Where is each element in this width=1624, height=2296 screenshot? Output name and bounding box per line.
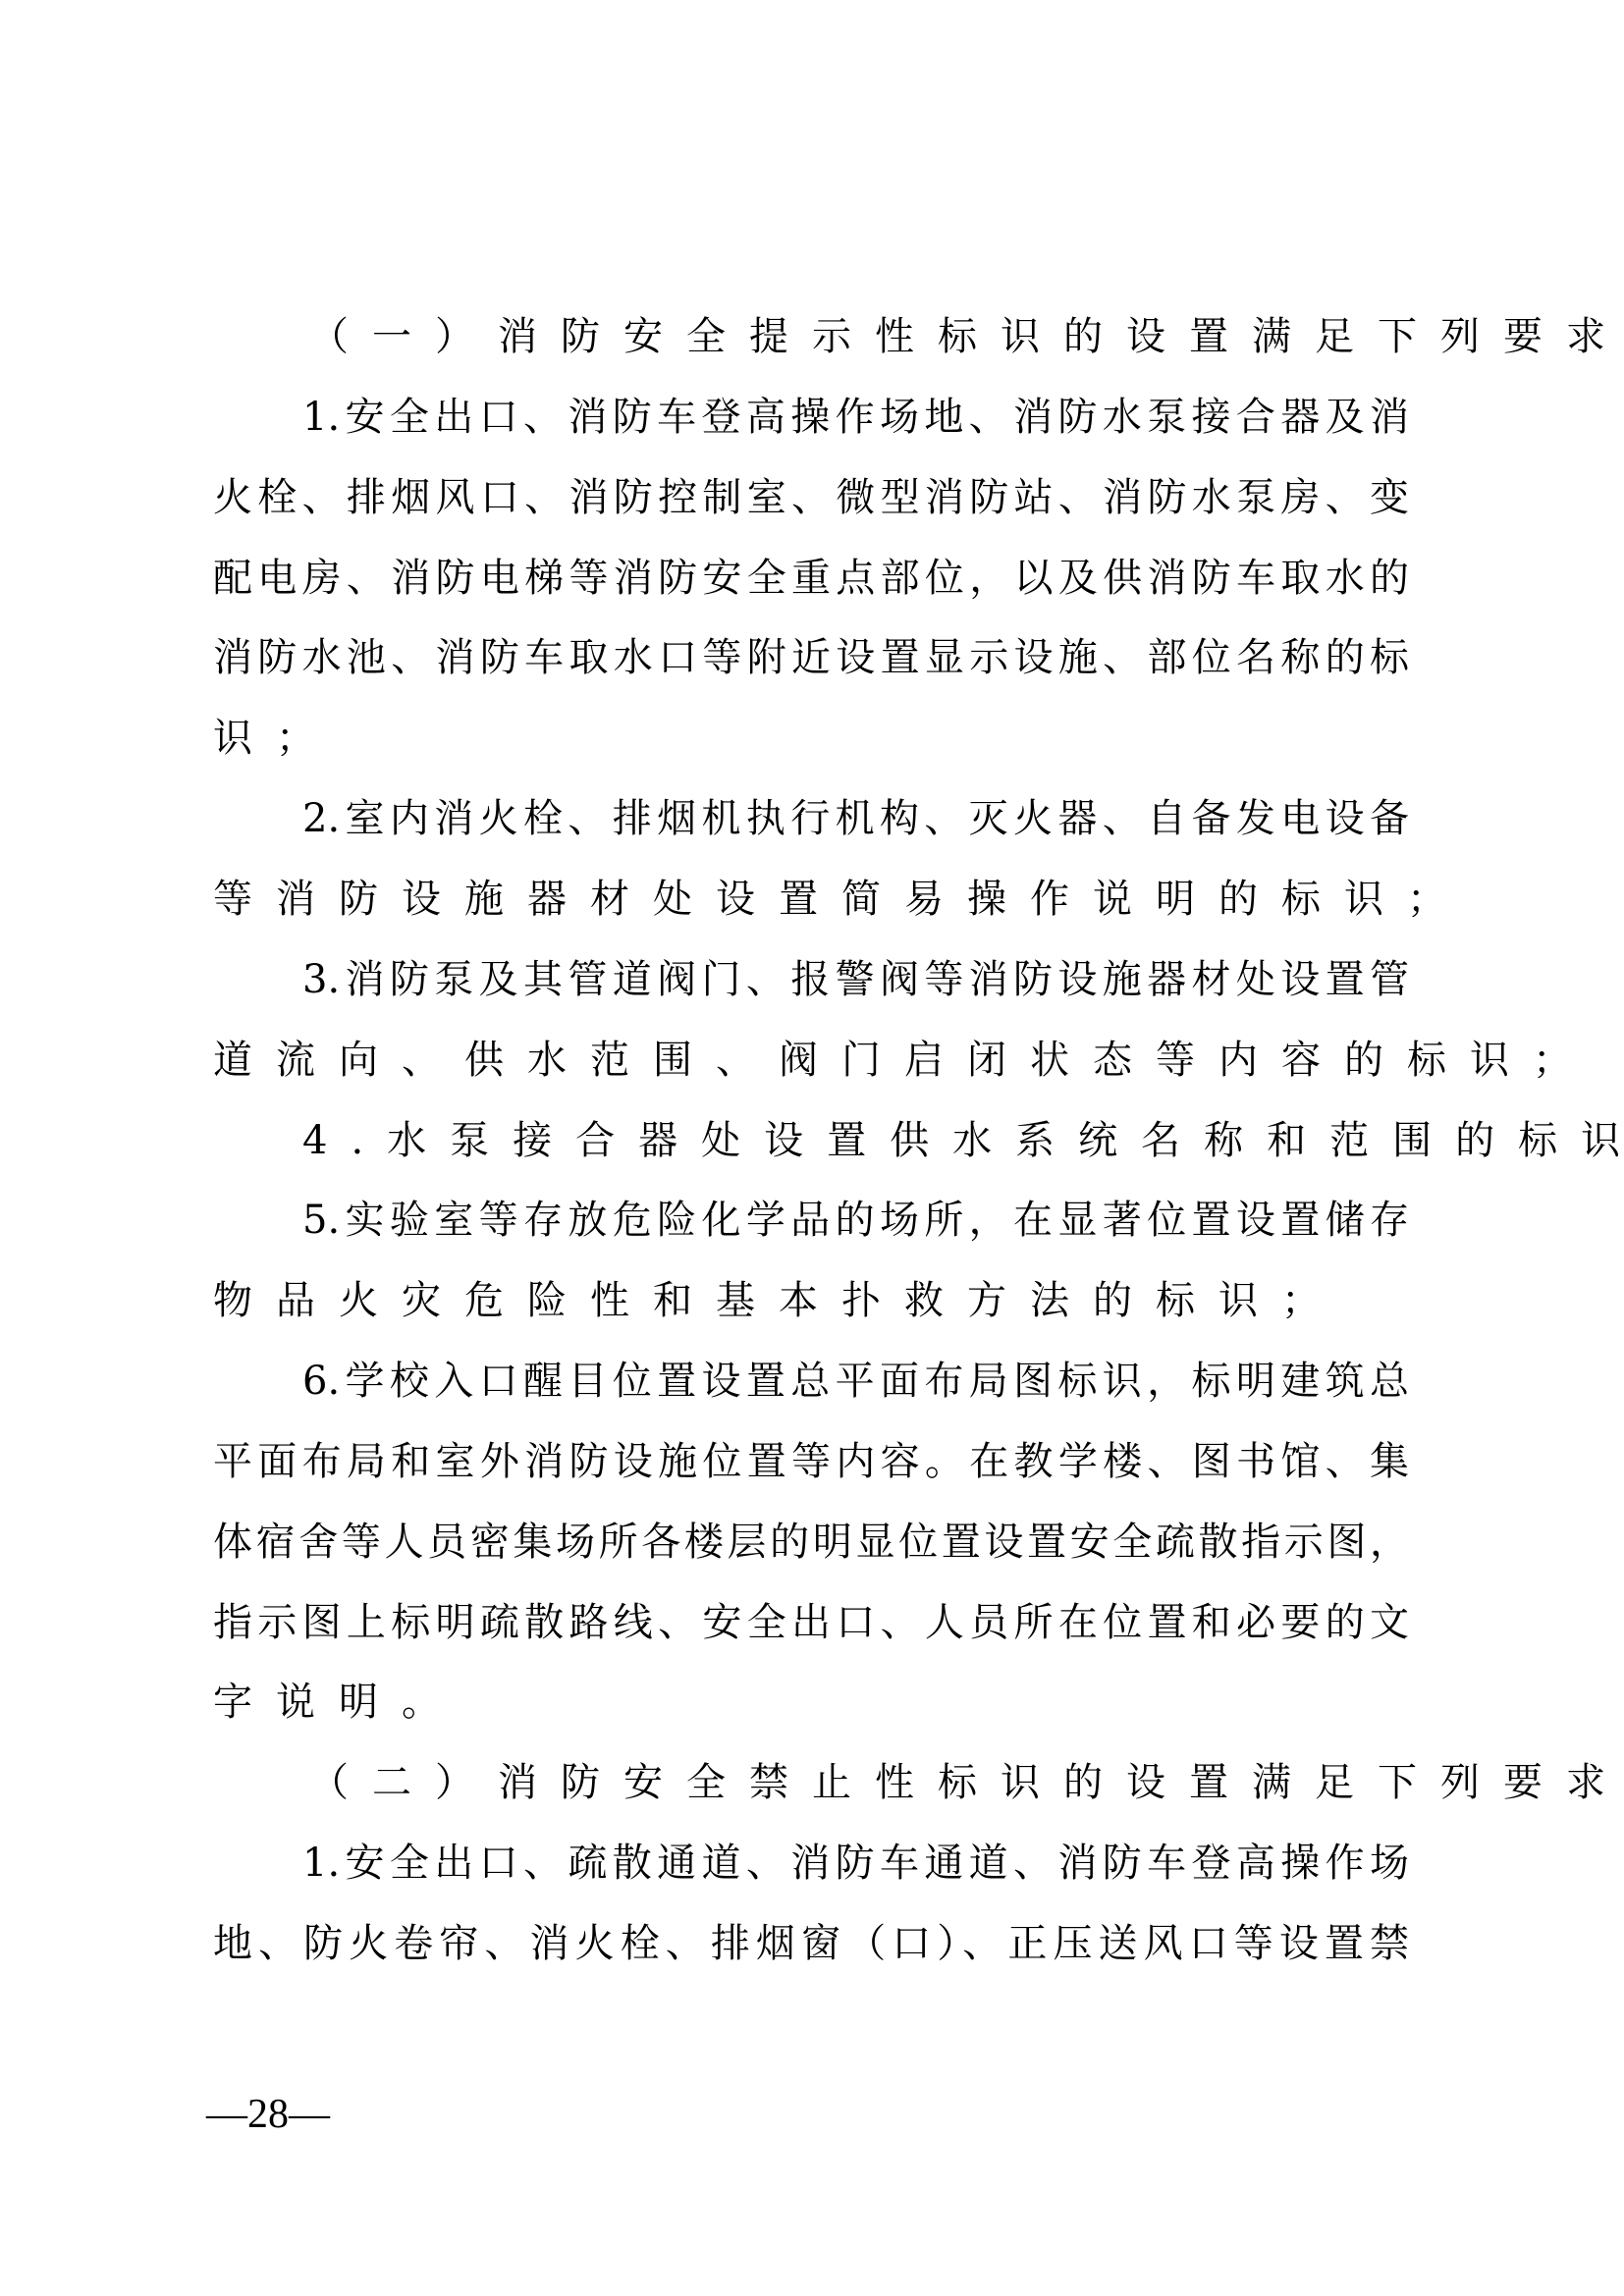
text-line: 物品火灾危险性和基本扑救方法的标识；	[213, 1260, 1409, 1341]
text-line: 4.水泵接合器处设置供水系统名称和范围的标识；	[302, 1100, 1409, 1181]
text-line: 平面布局和室外消防设施位置等内容。在教学楼、图书馆、集	[213, 1421, 1409, 1502]
text-line: 消防水池、消防车取水口等附近设置显示设施、部位名称的标	[213, 617, 1409, 698]
text-line: 等消防设施器材处设置简易操作说明的标识；	[213, 859, 1409, 939]
section-heading: （一）消防安全提示性标识的设置满足下列要求：	[309, 296, 1291, 377]
text-line: 5.实验室等存放危险化学品的场所，在显著位置设置储存	[302, 1180, 1409, 1260]
text-line: 体宿舍等人员密集场所各楼层的明显位置设置安全疏散指示图，	[213, 1502, 1409, 1582]
text-line: 道流向、供水范围、阀门启闭状态等内容的标识；	[213, 1020, 1409, 1100]
text-line: 2.室内消火栓、排烟机执行机构、灭火器、自备发电设备	[302, 778, 1409, 859]
document-page: （一）消防安全提示性标识的设置满足下列要求：1.安全出口、消防车登高操作场地、消…	[0, 0, 1624, 2296]
section-heading: （二）消防安全禁止性标识的设置满足下列要求：	[309, 1742, 1291, 1823]
text-line: 1.安全出口、消防车登高操作场地、消防水泵接合器及消	[302, 377, 1409, 457]
text-line: 6.学校入口醒目位置设置总平面布局图标识，标明建筑总	[302, 1341, 1409, 1421]
text-line: 3.消防泵及其管道阀门、报警阀等消防设施器材处设置管	[302, 939, 1409, 1020]
text-line: 1.安全出口、疏散通道、消防车通道、消防车登高操作场	[302, 1823, 1409, 1903]
text-line: 火栓、排烟风口、消防控制室、微型消防站、消防水泵房、变	[213, 457, 1409, 538]
text-line: 配电房、消防电梯等消防安全重点部位，以及供消防车取水的	[213, 538, 1409, 618]
text-line: 地、防火卷帘、消火栓、排烟窗（口）、正压送风口等设置禁	[213, 1903, 1409, 1984]
text-line: 字说明。	[213, 1662, 1409, 1742]
text-line: 指示图上标明疏散路线、安全出口、人员所在位置和必要的文	[213, 1582, 1409, 1663]
page-number: —28—	[206, 2089, 330, 2140]
text-line: 识；	[213, 698, 1409, 778]
